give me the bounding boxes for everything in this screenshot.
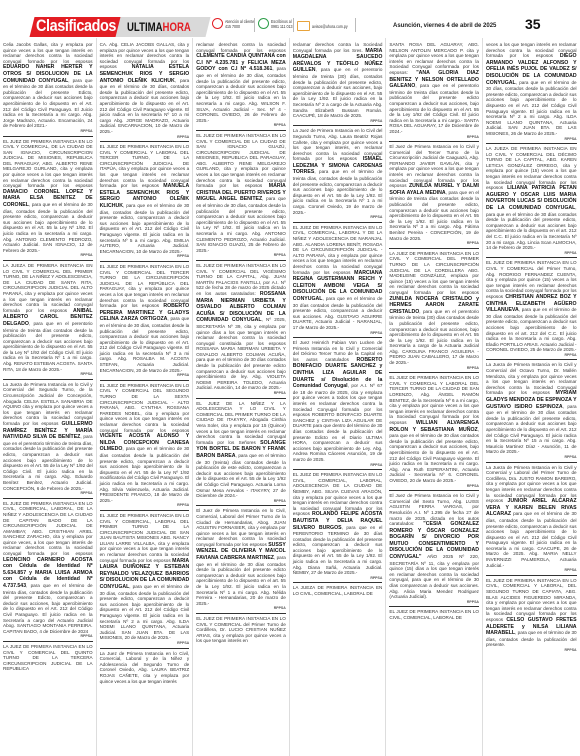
notice-text: EL JUEZ DE PRIMERA INSTANCIA EN LO CIVIL… bbox=[389, 609, 479, 620]
notice-text: , para que en el término de 30 días cont… bbox=[486, 307, 577, 352]
notice-tag: RPPSA bbox=[389, 241, 479, 247]
notice-text: EL JUEZ DE PRIMERA INSTANCIA EN LO CIVIL… bbox=[389, 375, 479, 425]
column-6: veces a los que tengan interés en reclam… bbox=[483, 38, 580, 756]
legal-notice: EL JUEZ DE PRIMERA INSTANCIA EN LO CIVIL… bbox=[293, 222, 383, 337]
legal-notice: reclamar derechos contra la sociedad con… bbox=[196, 40, 286, 130]
notice-text: EL JUEZ DE PRIMERA INSTANCIA EN LO CIVIL… bbox=[100, 144, 190, 188]
notice-text: EL JUEZ DE PRIMERA INSTANCIA EN LO CIVIL… bbox=[100, 513, 190, 563]
notice-text: EL JUEZ DE PRIMERA INSTANCIA EN LO CIVIL… bbox=[100, 264, 190, 308]
legal-notice: EL JUEZ DE PRIMERA INSTANCIA EN LO CIVIL… bbox=[3, 498, 93, 641]
notice-text: EL JUEZ DE PRIMERA INSTANCIA EN LO CIVIL… bbox=[196, 616, 286, 643]
notice-text: LA JUEZ DE PRIMERA INSTANCIA EN LO CIVIL… bbox=[389, 251, 479, 295]
notice-text: , para que en el término de 30 días, con… bbox=[100, 78, 190, 134]
notice-tag: RPPSA bbox=[196, 499, 286, 505]
phone-contact: Atención al cliente:415 7000 bbox=[212, 18, 263, 29]
notice-text: , para que en el término de 30 días, con… bbox=[486, 80, 577, 136]
notice-text: El Juez de Primera Instancia en lo Civil… bbox=[389, 144, 479, 188]
notice-tag: RPPSA bbox=[196, 391, 286, 397]
notice-text: EL JUEZ DE PRIMERA INSTANCIA EN LO CIVIL… bbox=[486, 578, 577, 622]
legal-notice: EL JUEZ DE PRIMERA INSTANCIA EN LO CIVIL… bbox=[100, 141, 190, 261]
column-4: reclamar derechos contra la Sociedad Con… bbox=[290, 38, 387, 756]
notice-tag: RPPSA bbox=[100, 641, 190, 647]
notice-tag: RPPSA bbox=[486, 455, 577, 461]
notice-tag: RPPSA bbox=[3, 129, 93, 135]
newspaper-logo: ULTIMAHORA bbox=[127, 20, 191, 34]
legal-notice: El Juez de Primera Instancia en lo Civil… bbox=[389, 490, 479, 606]
divider bbox=[254, 18, 255, 32]
notice-tag: RPPSA bbox=[3, 491, 93, 497]
notice-tag: RPPSA bbox=[196, 606, 286, 612]
notice-tag: RPPSA bbox=[486, 251, 577, 257]
notice-tag: RPPSA bbox=[100, 373, 190, 379]
notice-text: , para que en el perentorio término de t… bbox=[3, 321, 93, 372]
legal-notice: La Juez de Primera Instancia en lo Civil… bbox=[293, 125, 383, 222]
legal-notice: EL JUEZ DE LA NIÑEZ Y LA ADOLESCENCIA Y … bbox=[196, 398, 286, 506]
notice-text: , para que en el término de 30 días cont… bbox=[486, 205, 577, 250]
legal-notice: La Jueza de Primera Instancia en lo Civi… bbox=[3, 379, 93, 498]
notice-tag: RPPSA bbox=[100, 254, 190, 260]
notice-tag: RPPSA bbox=[293, 331, 383, 337]
notice-tag: RPPSA bbox=[100, 135, 190, 141]
notice-text: EL JUEZ DE PRIMERA INSTANCIA EN LO CIVIL… bbox=[3, 501, 93, 556]
legal-notice: EL JUEZ DE PRIMERA INSTANCIA EN LO CIVIL… bbox=[486, 257, 577, 359]
notice-tag: RPPSA bbox=[486, 137, 577, 143]
notice-tag: RPPSA bbox=[389, 366, 479, 372]
notice-tag: RPPSA bbox=[389, 600, 479, 606]
notice-text: , para que en el término de treinta días… bbox=[293, 169, 383, 214]
notice-text: EL JUEZ DE PRIMERA INSTANCIA EN LO CIVIL… bbox=[3, 139, 93, 189]
notice-text: , para que en el perentorio término de t… bbox=[389, 83, 479, 134]
page-header: Clasificados ULTIMAHORA Atención al clie… bbox=[0, 0, 580, 37]
whatsapp-number: 0981 111 013 bbox=[271, 24, 292, 29]
legal-notice: EL JUEZ DE PRIMERA INSTANCIA EN LO CIVIL… bbox=[196, 613, 286, 646]
notice-text: , para que en el término de 30 días, con… bbox=[100, 584, 190, 640]
notice-tag: RPPSA bbox=[293, 119, 383, 125]
notice-text: , para que en el término de 30 días cont… bbox=[196, 555, 286, 606]
legal-notice: EL JUEZ DE PRIMERA INSTANCIA EN LO CIVIL… bbox=[100, 380, 190, 510]
legal-notice: EL JUEZ DE PRIMERA INSTANCIA EN LO CIVIL… bbox=[486, 575, 577, 655]
whatsapp-contact: Escríbinos al0981 111 013 bbox=[258, 18, 298, 29]
notice-text: , para que en el término de 30 días, con… bbox=[196, 196, 286, 252]
notice-tag: RPPSA bbox=[486, 648, 577, 654]
whatsapp-icon bbox=[258, 18, 269, 29]
notice-text: AÑO 2025 Nº 220, SECRETARÍA Nº 11, cita … bbox=[389, 554, 479, 599]
section-title: Clasificados bbox=[36, 16, 116, 36]
notice-text: , para que en el término de 30 días cont… bbox=[389, 427, 479, 483]
notice-tag: RPPSA bbox=[3, 372, 93, 378]
notice-text: EL JUEZ DE PRIMERA INSTANCIA EN LO CIVIL… bbox=[196, 133, 286, 188]
legal-notice: La Juez de Primera Instancia en lo Civil… bbox=[100, 648, 190, 687]
notice-text: LA JUEZA DE PRIMERA INSTANCIA EN LO CIVI… bbox=[486, 146, 577, 190]
notice-text: EL JUEZ DE PRIMERA INSTANCIA EN LO CIVIL… bbox=[100, 383, 190, 433]
phone-number: 415 7000 bbox=[225, 24, 255, 29]
divider bbox=[293, 18, 294, 32]
legal-notice: El Juez Heinrich Fabian Von Lucken de Pr… bbox=[293, 337, 383, 469]
page-number: 35 bbox=[525, 16, 541, 32]
legal-notice: La Jueza de Primera Instancia en lo Civi… bbox=[486, 462, 577, 575]
notice-text: , para que en el perentorio término de t… bbox=[293, 67, 383, 118]
notice-tag: RPPSA bbox=[486, 353, 577, 359]
legal-notice: LA JUEZA DE PRIMERA INSTANCIA EN LO CIVI… bbox=[3, 260, 93, 379]
legal-notice: EL JUEZ DE PRIMERA INSTANCIA EN LO CIVIL… bbox=[389, 372, 479, 490]
notice-text: , para que en el término de 30 días, con… bbox=[100, 203, 190, 254]
notice-text: EL JUEZ DE PRIMERA INSTANCIA EN LO CIVIL… bbox=[293, 225, 383, 275]
notice-text: , para que en el perentorio término de t… bbox=[3, 434, 93, 490]
column-2: CA. Abg. CELIA JACOBS GALLAS, cita y emp… bbox=[97, 38, 194, 756]
email-address: avisos@uhora.com.py bbox=[312, 24, 348, 29]
notice-text: reclamar derechos contra la sociedad con… bbox=[196, 42, 286, 53]
email-contact: avisos@uhora.com.py bbox=[297, 21, 357, 31]
notice-text: , para que en el PERENTORIO TERMINO de 3… bbox=[293, 525, 383, 576]
notice-tag: RPPSA bbox=[3, 634, 93, 640]
column-1: Celia Jacobs Gallas, cita y emplaza por … bbox=[0, 38, 97, 756]
phone-icon bbox=[212, 18, 223, 29]
divider bbox=[355, 18, 356, 32]
column-3: reclamar derechos contra la sociedad con… bbox=[193, 38, 290, 756]
notice-tag: RPPSA bbox=[196, 123, 286, 129]
notice-tag: RPPSA bbox=[389, 135, 479, 141]
classifieds-columns: Celia Jacobs Gallas, cita y emplaza por … bbox=[0, 38, 580, 756]
notice-text: , para que en el término de 30 días, con… bbox=[3, 202, 93, 253]
notice-text: , para que en el término de 30 días cont… bbox=[3, 78, 93, 129]
notice-tag: RPPSA bbox=[293, 463, 383, 469]
legal-notice: EL JUEZ DE PRIMERA INSTANCIA EN LO CIVIL… bbox=[293, 469, 383, 582]
notice-text: , por A.I. Nº 67 de 18 de marzo de 2025,… bbox=[293, 383, 383, 462]
legal-notice: SANTA ROSA DEL AGUARAY, ABG. NELSON ANTO… bbox=[389, 40, 479, 141]
notice-text: EL JUEZ DE PRIMERA INSTANCIA EN LO CIVIL… bbox=[293, 472, 383, 516]
notice-text: , Nº 2025, SECRETARÍA Nº 39, cita y empl… bbox=[196, 317, 286, 390]
logo-accent: HORA bbox=[163, 20, 191, 34]
notice-text: , para que en el término de 30 (treinta)… bbox=[196, 453, 286, 498]
notice-tag: RPPSA bbox=[100, 503, 190, 509]
notice-text: LA JUEZA DE PRIMERA INSTANCIA EN LO CIVI… bbox=[3, 263, 93, 313]
notice-tag: RPPSA bbox=[3, 253, 93, 259]
notice-text: para que en el término de 30 días, conta… bbox=[486, 511, 577, 567]
legal-notice: CA. Abg. CELIA JACOBS GALLAS, cita y emp… bbox=[100, 40, 190, 141]
legal-notice: LA JUEZ DE PRIMERA INSTANCIA EN LO CIVIL… bbox=[389, 248, 479, 372]
legal-notice: El Juez de Primera Instancia en lo Civil… bbox=[196, 505, 286, 613]
notice-text: , para que en el perentorio término de t… bbox=[389, 309, 479, 365]
column-5: SANTA ROSA DEL AGUARAY, ABG. NELSON ANTO… bbox=[386, 38, 483, 756]
notice-text: , para que en el término de 30 días cont… bbox=[100, 446, 190, 502]
mail-icon bbox=[297, 21, 310, 31]
notice-text: LA JUEZ DE PRIMERA INSTANCIA EN LO CIVIL… bbox=[3, 644, 93, 671]
notice-text: , para que en el término de treinta días… bbox=[3, 583, 93, 634]
notice-tag: RPPSA bbox=[196, 253, 286, 259]
legal-notice: LA JUEZA DE PRIMERA INSTANCIA EN LO CIVI… bbox=[486, 143, 577, 257]
legal-notice: Celia Jacobs Gallas, cita y emplaza por … bbox=[3, 40, 93, 136]
legal-notice: EL JUEZ DE PRIMERA INSTANCIA EN LO CIVIL… bbox=[100, 261, 190, 380]
legal-notice: EL JUEZ DE PRIMERA INSTANCIA EN LO CIVIL… bbox=[389, 606, 479, 622]
notice-text: La Jueza de Primera Instancia en lo Civi… bbox=[3, 382, 93, 426]
legal-notice: EL JUEZ DE PRIMERA INSTANCIA EN LO CIVIL… bbox=[100, 510, 190, 648]
notice-text: La Juez de Primera Instancia en lo Civil… bbox=[100, 651, 190, 684]
notice-tag: RPPSA bbox=[293, 215, 383, 221]
notice-tag: RPPSA bbox=[293, 576, 383, 582]
legal-notice: EL JUEZ DE PRIMERA INSTANCIA EN LO CIVIL… bbox=[196, 130, 286, 260]
legal-notice: EL JUEZ DE PRIMERA INSTANCIA EN LO CIVIL… bbox=[196, 260, 286, 398]
notice-text: Celia Jacobs Gallas, cita y emplaza por … bbox=[3, 42, 93, 64]
legal-notice: EL JUEZ DE PRIMERA INSTANCIA EN LO CIVIL… bbox=[3, 136, 93, 260]
notice-tag: RPPSA bbox=[389, 484, 479, 490]
legal-notice: LA JUEZ DE PRIMERA INSTANCIA EN LO CIVIL… bbox=[3, 641, 93, 674]
notice-text: , para que en el término de 30 días, con… bbox=[196, 66, 286, 122]
publication-date: Asunción, viernes 4 de abril de 2025 bbox=[393, 23, 496, 29]
legal-notice: reclamar derechos contra la Sociedad Con… bbox=[293, 40, 383, 125]
logo-main: ULTIMA bbox=[127, 20, 163, 34]
notice-text: , para que en el término de 30 días cont… bbox=[486, 404, 577, 455]
notice-text: , para que en el término de treinta días… bbox=[389, 190, 479, 241]
notice-text: LA JUEZA DE PRIMERA INSTANCIA EN LO CIVI… bbox=[293, 585, 383, 596]
notice-text: , para que en el término de 30 días, con… bbox=[100, 316, 190, 372]
legal-notice: La Jueza de Primera Instancia en lo Civi… bbox=[486, 359, 577, 461]
legal-notice: veces a los que tengan interés en reclam… bbox=[486, 40, 577, 143]
legal-notice: El Juez de Primera Instancia en lo Civil… bbox=[389, 141, 479, 248]
notice-tag: RPPSA bbox=[486, 568, 577, 574]
legal-notice: LA JUEZA DE PRIMERA INSTANCIA EN LO CIVI… bbox=[293, 582, 383, 598]
notice-text: EL JUEZ DE LA NIÑEZ Y LA ADOLESCENCIA Y … bbox=[196, 401, 286, 445]
